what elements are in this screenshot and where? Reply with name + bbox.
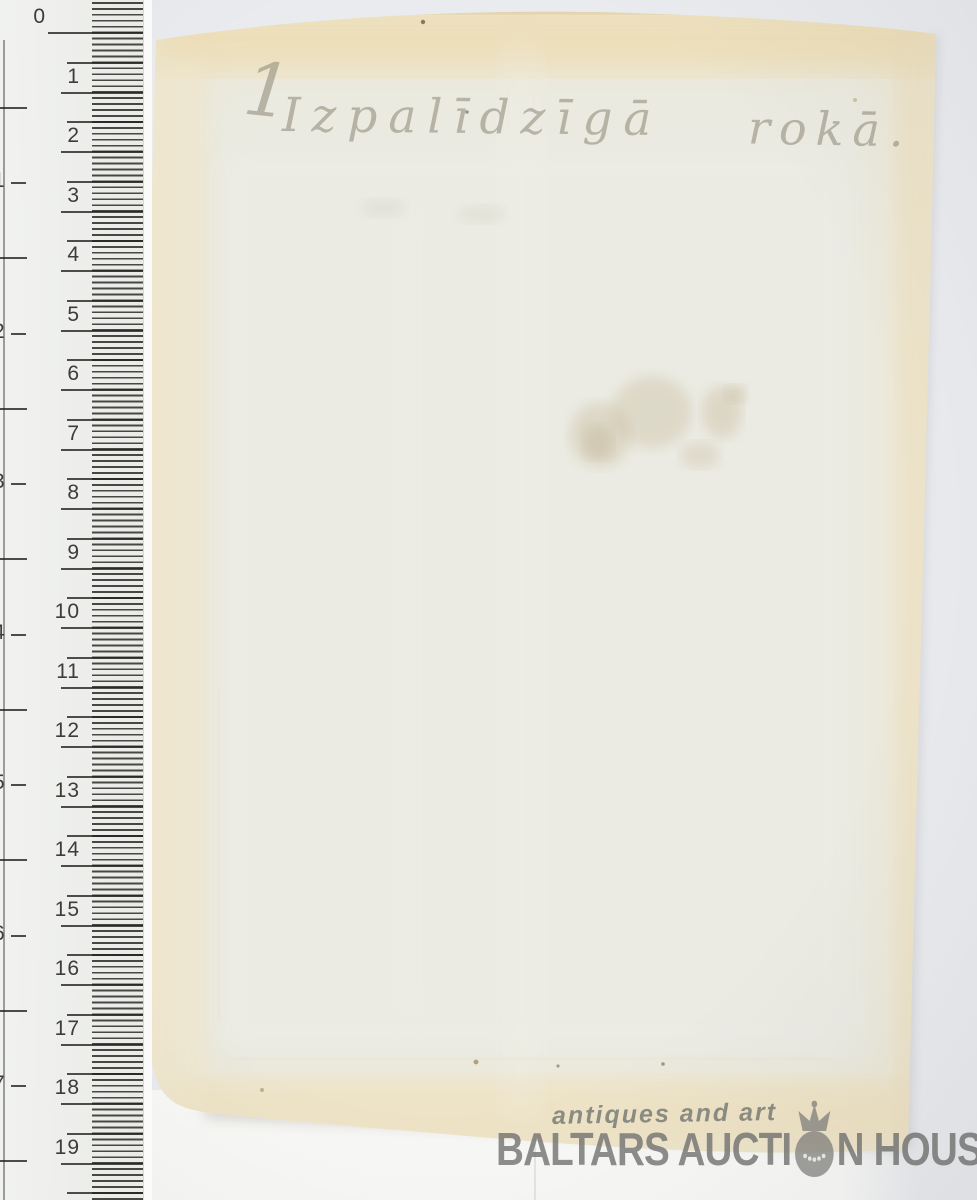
inch-tick-label: 5 [0,772,9,793]
half-cm-tick [67,1133,143,1135]
half-inch-tick [0,107,27,109]
inch-tick [11,1085,26,1087]
half-cm-tick [67,359,143,361]
half-cm-tick [67,300,143,302]
inscription-word-1: Izpalīdzīgā [282,88,663,147]
half-cm-tick [67,776,143,778]
cm-tick-label: 3 [40,185,80,206]
cm-tick [61,925,143,927]
cm-tick-label: 16 [40,958,80,979]
half-inch-tick [0,408,27,410]
cm-tick-label: 8 [40,482,80,503]
inch-tick [11,333,26,335]
photo-scene: 1 Izpalīdzīgā rokā. antiques and art BAL… [0,0,977,1200]
cm-tick [61,806,143,808]
cm-tick [61,1163,143,1165]
cm-tick-label: 12 [40,720,80,741]
half-cm-tick [67,478,143,480]
inch-tick-label: 7 [0,1073,9,1094]
ruler-bevel-edge [143,0,152,1200]
inch-tick [11,784,26,786]
half-cm-tick [67,657,143,659]
cm-tick-label: 19 [40,1137,80,1158]
cm-tick [61,449,143,451]
cm-tick-label: 18 [40,1077,80,1098]
ruler-left-edge-line [3,40,5,1200]
inch-tick-label: 4 [0,622,9,643]
half-cm-tick [67,121,143,123]
half-inch-tick [0,859,27,861]
half-cm-tick [67,954,143,956]
half-cm-tick [67,1192,143,1194]
cm-tick [61,568,143,570]
cm-tick [61,687,143,689]
cm-tick [61,211,143,213]
cm-tick-label: 0 [6,6,46,27]
inch-tick-label: 2 [0,321,9,342]
cm-tick [61,1044,143,1046]
cm-tick [61,1103,143,1105]
half-cm-tick [67,181,143,183]
cm-tick-label: 7 [40,423,80,444]
half-cm-tick [67,835,143,837]
half-cm-tick [67,1014,143,1016]
cm-tick [61,746,143,748]
inch-tick [11,634,26,636]
ruler: 0123456789101112131415161718191234567 [0,0,152,1200]
half-inch-tick [0,558,27,560]
cm-tick [61,330,143,332]
half-inch-tick [0,257,27,259]
half-cm-tick [67,538,143,540]
inch-tick [11,483,26,485]
cm-tick-label: 6 [40,363,80,384]
inch-tick-label: 3 [0,471,9,492]
cm-tick [61,865,143,867]
cm-tick-label: 9 [40,542,80,563]
half-cm-tick [67,419,143,421]
inch-tick-label: 6 [0,923,9,944]
cm-tick-label: 5 [40,304,80,325]
cm-tick-label: 13 [40,780,80,801]
half-inch-tick [0,1160,27,1162]
cm-tick [61,270,143,272]
inch-tick [11,935,26,937]
half-cm-tick [67,716,143,718]
cm-tick [61,151,143,153]
inch-tick [11,182,26,184]
cm-tick-label: 14 [40,839,80,860]
inscription-word-2: rokā. [748,101,914,158]
half-cm-tick [67,62,143,64]
cm-tick [61,627,143,629]
cm-tick [61,92,143,94]
cm-tick-label: 17 [40,1018,80,1039]
half-inch-tick [0,709,27,711]
cm-tick [61,984,143,986]
inch-tick-label: 1 [0,170,9,191]
cm-tick-label: 4 [40,244,80,265]
cm-tick-label: 1 [40,66,80,87]
half-inch-tick [0,1010,27,1012]
cm-tick-label: 11 [40,661,80,682]
cm-tick-label: 15 [40,899,80,920]
half-cm-tick [67,1073,143,1075]
cm-tick [61,389,143,391]
cm-tick-label: 2 [40,125,80,146]
half-cm-tick [67,895,143,897]
half-cm-tick [67,240,143,242]
half-cm-tick [67,597,143,599]
cm-tick [61,508,143,510]
cm-tick-label: 10 [40,601,80,622]
cm-tick [48,32,143,34]
